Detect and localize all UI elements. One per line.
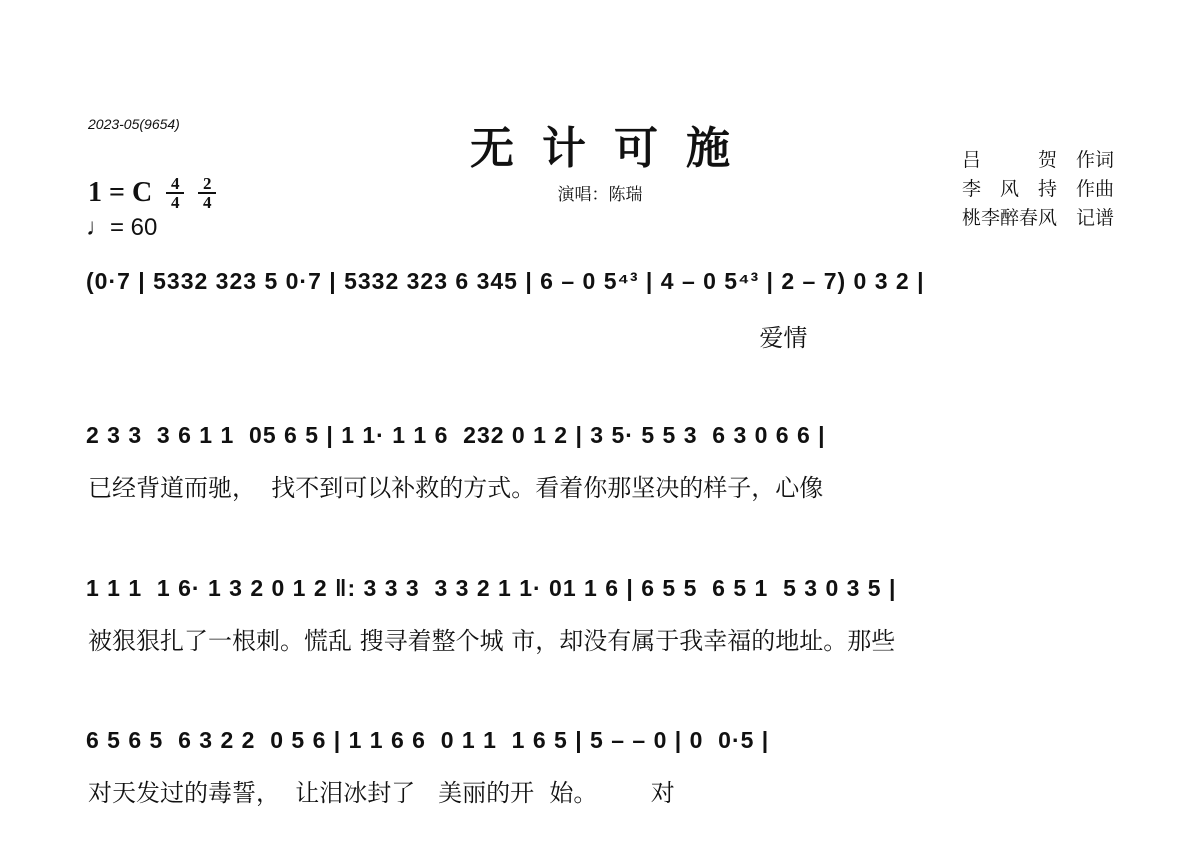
time-signature-4-4: 4 4 — [166, 176, 184, 210]
lyrics-line: 爱情 — [88, 318, 1114, 353]
score-line-2: 2 3 3 3 6 1 1 05 6 5 | 1 1· 1 1 6 232 0 … — [0, 422, 1200, 462]
key-signature: 1 = C 4 4 2 4 — [88, 176, 216, 210]
quarter-note-icon: ♩ — [86, 214, 110, 241]
credits-block: 吕 贺 作词 李 风 持 作曲 桃李醉春风 记谱 — [962, 146, 1114, 233]
lyrics-line: 已经背道而驰， 找不到可以补救的方式。看着你那坚决的样子，心像 — [88, 468, 1114, 503]
transcriber-credit: 桃李醉春风 记谱 — [962, 204, 1114, 233]
lyrics-line: 被狠狠扎了一根刺。慌乱 搜寻着整个城 市，却没有属于我幸福的地址。那些 — [88, 621, 1114, 656]
lyrics-line: 对天发过的毒誓， 让泪冰封了 美丽的开 始。 对 — [88, 773, 1114, 808]
lyricist-credit: 吕 贺 作词 — [962, 146, 1114, 175]
notation-line: 2 3 3 3 6 1 1 05 6 5 | 1 1· 1 1 6 232 0 … — [86, 422, 1114, 449]
score-line-3: 1 1 1 1 6· 1 3 2 0 1 2 ‖: 3 3 3 3 3 2 1 … — [0, 575, 1200, 615]
time-signature-2-4: 2 4 — [198, 176, 216, 210]
tempo-value: = 60 — [110, 214, 157, 241]
composer-credit: 李 风 持 作曲 — [962, 175, 1114, 204]
notation-line: 6 5 6 5 6 3 2 2 0 5 6 | 1 1 6 6 0 1 1 1 … — [86, 727, 1114, 754]
score-line-1: (0·7 | 5332 323 5 0·7 | 5332 323 6 345 |… — [0, 268, 1200, 308]
notation-line: 1 1 1 1 6· 1 3 2 0 1 2 ‖: 3 3 3 3 3 2 1 … — [86, 575, 1114, 602]
tempo-marking: ♩= 60 — [86, 214, 157, 242]
notation-line: (0·7 | 5332 323 5 0·7 | 5332 323 6 345 |… — [86, 268, 1114, 295]
key-label: 1 = C — [88, 177, 152, 209]
score-line-4: 6 5 6 5 6 3 2 2 0 5 6 | 1 1 6 6 0 1 1 1 … — [0, 727, 1200, 767]
